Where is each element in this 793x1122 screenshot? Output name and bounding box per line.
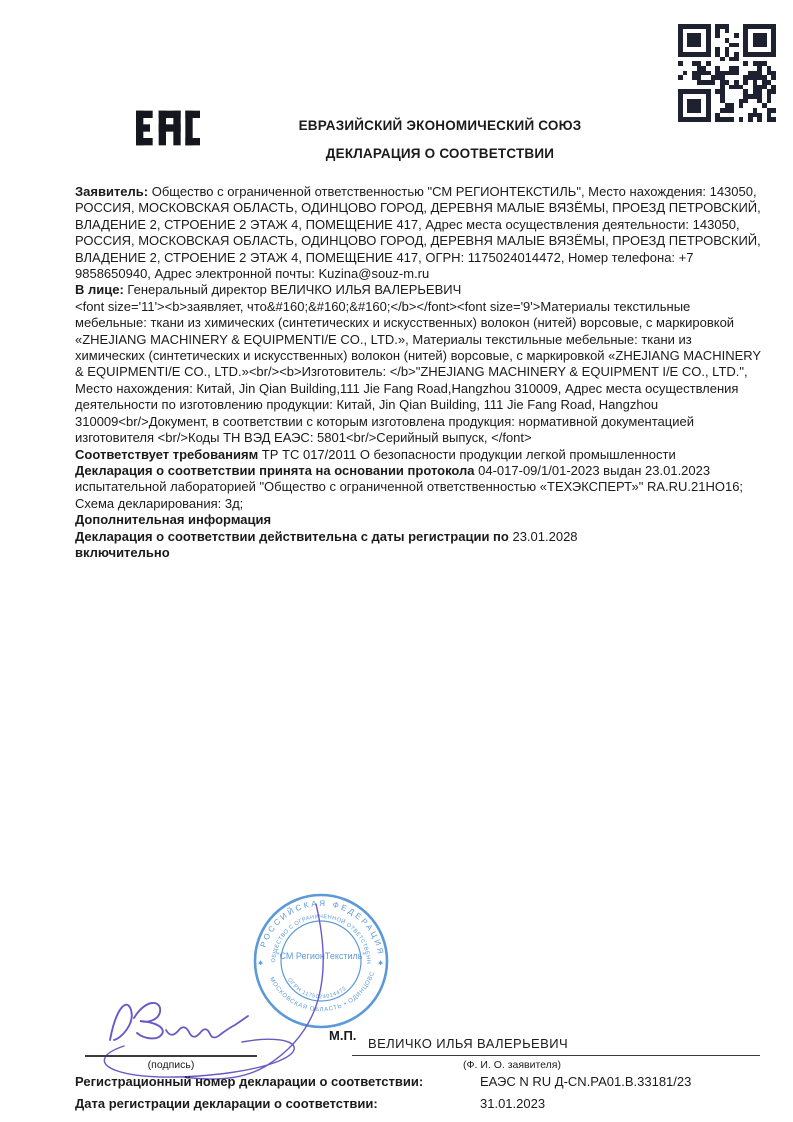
header-titles: ЕВРАЗИЙСКИЙ ЭКОНОМИЧЕСКИЙ СОЮЗ ДЕКЛАРАЦИ… [140, 118, 740, 161]
stamp-star-right: ✱ [378, 960, 383, 967]
compliance-text: ТР ТС 017/2011 О безопасности продукции … [258, 447, 676, 462]
stamp-center-name: "СМ РегионТекстиль" [276, 951, 365, 961]
signature-caption: (подпись) [85, 1059, 257, 1071]
paragraph-applicant: Заявитель: Общество с ограниченной ответ… [75, 184, 765, 282]
paragraph-basis: Декларация о соответствии принята на осн… [75, 463, 765, 512]
stamp-star-left: ✱ [258, 960, 263, 967]
title-declaration: ДЕКЛАРАЦИЯ О СООТВЕТСТВИИ [140, 146, 740, 161]
paragraph-validity: Декларация о соответствии действительна … [75, 529, 765, 562]
validity-suffix: включительно [75, 545, 765, 561]
paragraph-additional-info: Дополнительная информация [75, 512, 765, 528]
registration-number-label: Регистрационный номер декларации о соотв… [75, 1074, 423, 1089]
stamp-place-label: М.П. [329, 1028, 356, 1043]
applicant-text: Общество с ограниченной ответственностью… [75, 184, 761, 281]
basis-label: Декларация о соответствии принята на осн… [75, 463, 475, 478]
person-text: Генеральный директор ВЕЛИЧКО ИЛЬЯ ВАЛЕРЬ… [124, 282, 461, 297]
paragraph-product-raw-html: <font size='11'><b>заявляет, что&#160;&#… [75, 299, 765, 447]
registration-date-value: 31.01.2023 [480, 1096, 545, 1111]
compliance-label: Соответствует требованиям [75, 447, 258, 462]
qr-code-icon [678, 24, 776, 122]
registration-number-value: ЕАЭС N RU Д-CN.РА01.В.33181/23 [480, 1074, 691, 1089]
document-body: Заявитель: Общество с ограниченной ответ… [75, 184, 765, 561]
applicant-name: ВЕЛИЧКО ИЛЬЯ ВАЛЕРЬЕВИЧ [368, 1036, 568, 1051]
validity-date: 23.01.2028 [512, 529, 577, 544]
applicant-label: Заявитель: [75, 184, 148, 199]
validity-label: Декларация о соответствии действительна … [75, 529, 512, 544]
registration-date-label: Дата регистрации декларации о соответств… [75, 1096, 378, 1111]
name-line [352, 1055, 760, 1056]
qr-code-modules [678, 24, 776, 122]
paragraph-person: В лице: Генеральный директор ВЕЛИЧКО ИЛЬ… [75, 282, 765, 298]
signature-line [85, 1055, 257, 1057]
title-eurasian-union: ЕВРАЗИЙСКИЙ ЭКОНОМИЧЕСКИЙ СОЮЗ [140, 118, 740, 133]
person-label: В лице: [75, 282, 124, 297]
declaration-document: ЕВРАЗИЙСКИЙ ЭКОНОМИЧЕСКИЙ СОЮЗ ДЕКЛАРАЦИ… [0, 0, 793, 1122]
company-stamp: РОССИЙСКАЯ ФЕДЕРАЦИЯ ОБЩЕСТВО С ОГРАНИЧЕ… [246, 886, 396, 1036]
paragraph-compliance: Соответствует требованиям ТР ТС 017/2011… [75, 447, 735, 463]
name-caption: (Ф. И. О. заявителя) [362, 1059, 662, 1071]
